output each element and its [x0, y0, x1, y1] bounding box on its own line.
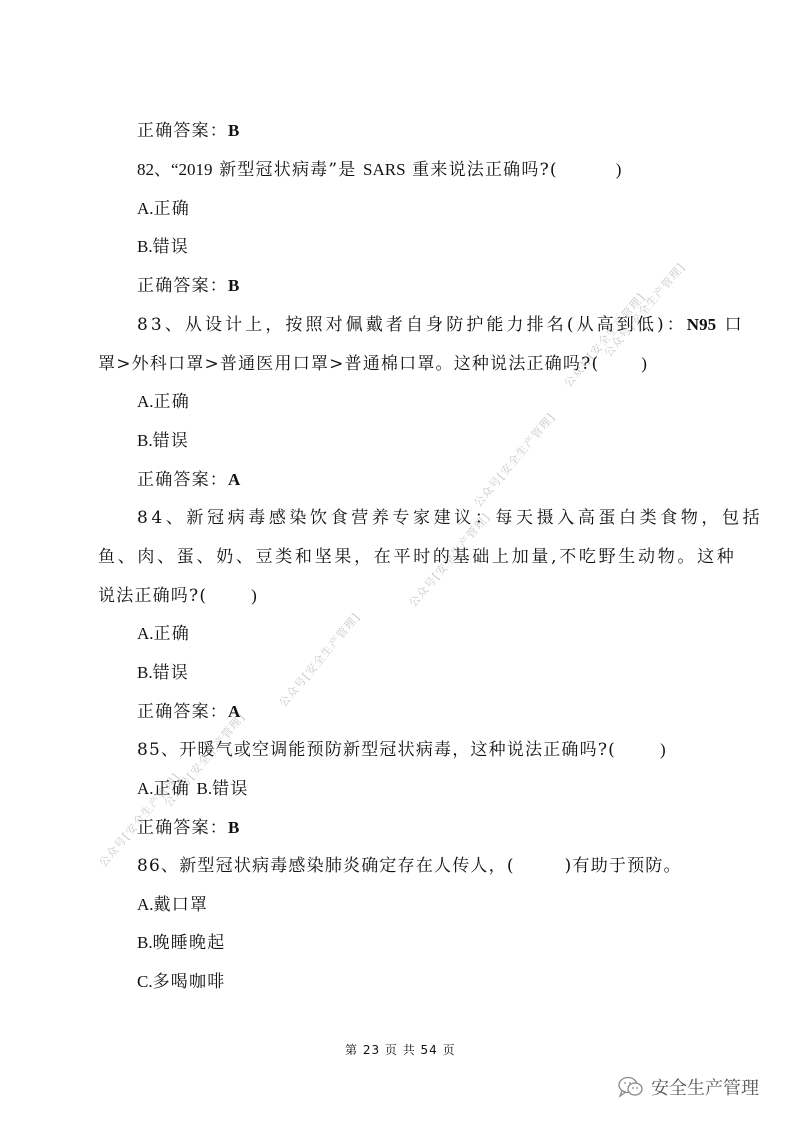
question-84-line-3: 说法正确吗?()	[98, 585, 257, 607]
watermark: 公众号[安全生产管理]	[275, 609, 363, 710]
answer-line-q85: 正确答案：B	[137, 817, 239, 839]
watermark: 公众号[安全生产管理]	[560, 289, 648, 390]
q82-option-b: B.错误	[137, 236, 189, 258]
option-label: B.	[137, 431, 153, 450]
page-number: 第 23 页 共 54 页	[345, 1041, 456, 1058]
question-84-line-2: 鱼、肉、蛋、奶、豆类和坚果，在平时的基础上加量,不吃野生动物。这种	[98, 546, 737, 568]
question-84-text-2: 鱼、肉、蛋、奶、豆类和坚果，在平时的基础上加量,不吃野生动物。这种	[98, 547, 737, 567]
wechat-icon	[617, 1075, 645, 1099]
option-label: B.	[137, 663, 153, 682]
option-text: 错误	[212, 779, 248, 799]
option-text: 正确	[154, 199, 190, 219]
q83-option-a: A.正确	[137, 391, 190, 413]
q84-option-b: B.错误	[137, 662, 189, 684]
q86-option-b: B.晚睡晚起	[137, 932, 225, 954]
watermark: 公众号[安全生产管理]	[600, 259, 688, 360]
question-85: 85、开暖气或空调能预防新型冠状病毒，这种说法正确吗?()	[137, 739, 666, 761]
question-86: 86、新型冠状病毒感染肺炎确定存在人传人，()有助于预防。	[137, 855, 682, 877]
question-82-number: 82、“2019	[137, 160, 213, 179]
answer-line-q83: 正确答案：A	[137, 469, 240, 491]
question-83-line-1: 83、从设计上，按照对佩戴者自身防护能力排名(从高到低)：N95 口	[137, 314, 745, 336]
option-text: 戴口罩	[154, 895, 209, 915]
question-83-n95: N95	[687, 315, 716, 334]
question-82-text: 新型冠状病毒”是	[213, 160, 364, 180]
q86-option-c: C.多喝咖啡	[137, 971, 225, 993]
option-label: A.	[137, 624, 154, 643]
question-84-line-1: 84、新冠病毒感染饮食营养专家建议：每天摄入高蛋白类食物，包括	[137, 507, 763, 529]
question-82-latin: SARS	[363, 160, 406, 179]
answer-value: B	[228, 818, 239, 837]
answer-line-q82: 正确答案：B	[137, 275, 239, 297]
option-text: 晚睡晚起	[153, 933, 226, 953]
question-83-text-end: 口	[716, 315, 745, 335]
question-83-line-2: 罩>外科口罩>普通医用口罩>普通棉口罩。这种说法正确吗?()	[98, 353, 647, 375]
brand-name: 安全生产管理	[651, 1074, 759, 1100]
q84-option-a: A.正确	[137, 623, 190, 645]
option-label: A.	[137, 199, 154, 218]
option-label: A.	[137, 392, 154, 411]
option-label: C.	[137, 972, 153, 991]
option-text: 错误	[153, 431, 189, 451]
answer-label: 正确答案：	[137, 121, 228, 141]
question-86-text: 86、新型冠状病毒感染肺炎确定存在人传人，(	[137, 856, 515, 876]
q83-option-b: B.错误	[137, 430, 189, 452]
question-82: 82、“2019 新型冠状病毒”是 SARS 重来说法正确吗?()	[137, 159, 621, 181]
question-84-text-3: 说法正确吗?(	[98, 586, 207, 606]
question-82-text-end: 重来说法正确吗?(	[406, 160, 558, 180]
question-84-close: )	[251, 586, 257, 605]
question-84-text: 84、新冠病毒感染饮食营养专家建议：每天摄入高蛋白类食物，包括	[137, 508, 763, 528]
question-85-close: )	[660, 740, 666, 759]
watermark: 公众号[安全生产管理]	[470, 409, 558, 510]
q82-option-a: A.正确	[137, 198, 190, 220]
option-label: A.	[137, 779, 154, 798]
option-label: B.	[137, 237, 153, 256]
document-page: 公众号[安全生产管理] 公众号[安全生产管理] 公众号[安全生产管理] 公众号[…	[0, 0, 793, 1122]
question-86-text-end: )有助于预防。	[565, 856, 682, 876]
option-text: 错误	[153, 237, 189, 257]
answer-value: A	[228, 702, 240, 721]
question-83-text: 83、从设计上，按照对佩戴者自身防护能力排名(从高到低)：	[137, 315, 687, 335]
answer-value: B	[228, 276, 239, 295]
q85-options: A.正确 B.错误	[137, 778, 249, 800]
answer-line-q81: 正确答案：B	[137, 120, 239, 142]
question-85-text: 85、开暖气或空调能预防新型冠状病毒，这种说法正确吗?(	[137, 740, 616, 760]
question-83-text-2: 罩>外科口罩>普通医用口罩>普通棉口罩。这种说法正确吗?(	[98, 354, 599, 374]
answer-line-q84: 正确答案：A	[137, 701, 240, 723]
answer-label: 正确答案：	[137, 470, 228, 490]
brand-watermark: 安全生产管理	[617, 1072, 759, 1102]
answer-label: 正确答案：	[137, 276, 228, 296]
option-text: 正确	[154, 779, 190, 799]
answer-label: 正确答案：	[137, 702, 228, 722]
question-83-close: )	[641, 354, 647, 373]
option-text: 错误	[153, 663, 189, 683]
option-label: B.	[197, 779, 213, 798]
option-text: 正确	[154, 392, 190, 412]
answer-label: 正确答案：	[137, 818, 228, 838]
option-label: B.	[137, 933, 153, 952]
option-label: A.	[137, 895, 154, 914]
answer-value: A	[228, 470, 240, 489]
q86-option-a: A.戴口罩	[137, 894, 208, 916]
answer-value: B	[228, 121, 239, 140]
question-82-close: )	[616, 160, 622, 179]
option-text: 多喝咖啡	[153, 972, 226, 992]
option-text: 正确	[154, 624, 190, 644]
